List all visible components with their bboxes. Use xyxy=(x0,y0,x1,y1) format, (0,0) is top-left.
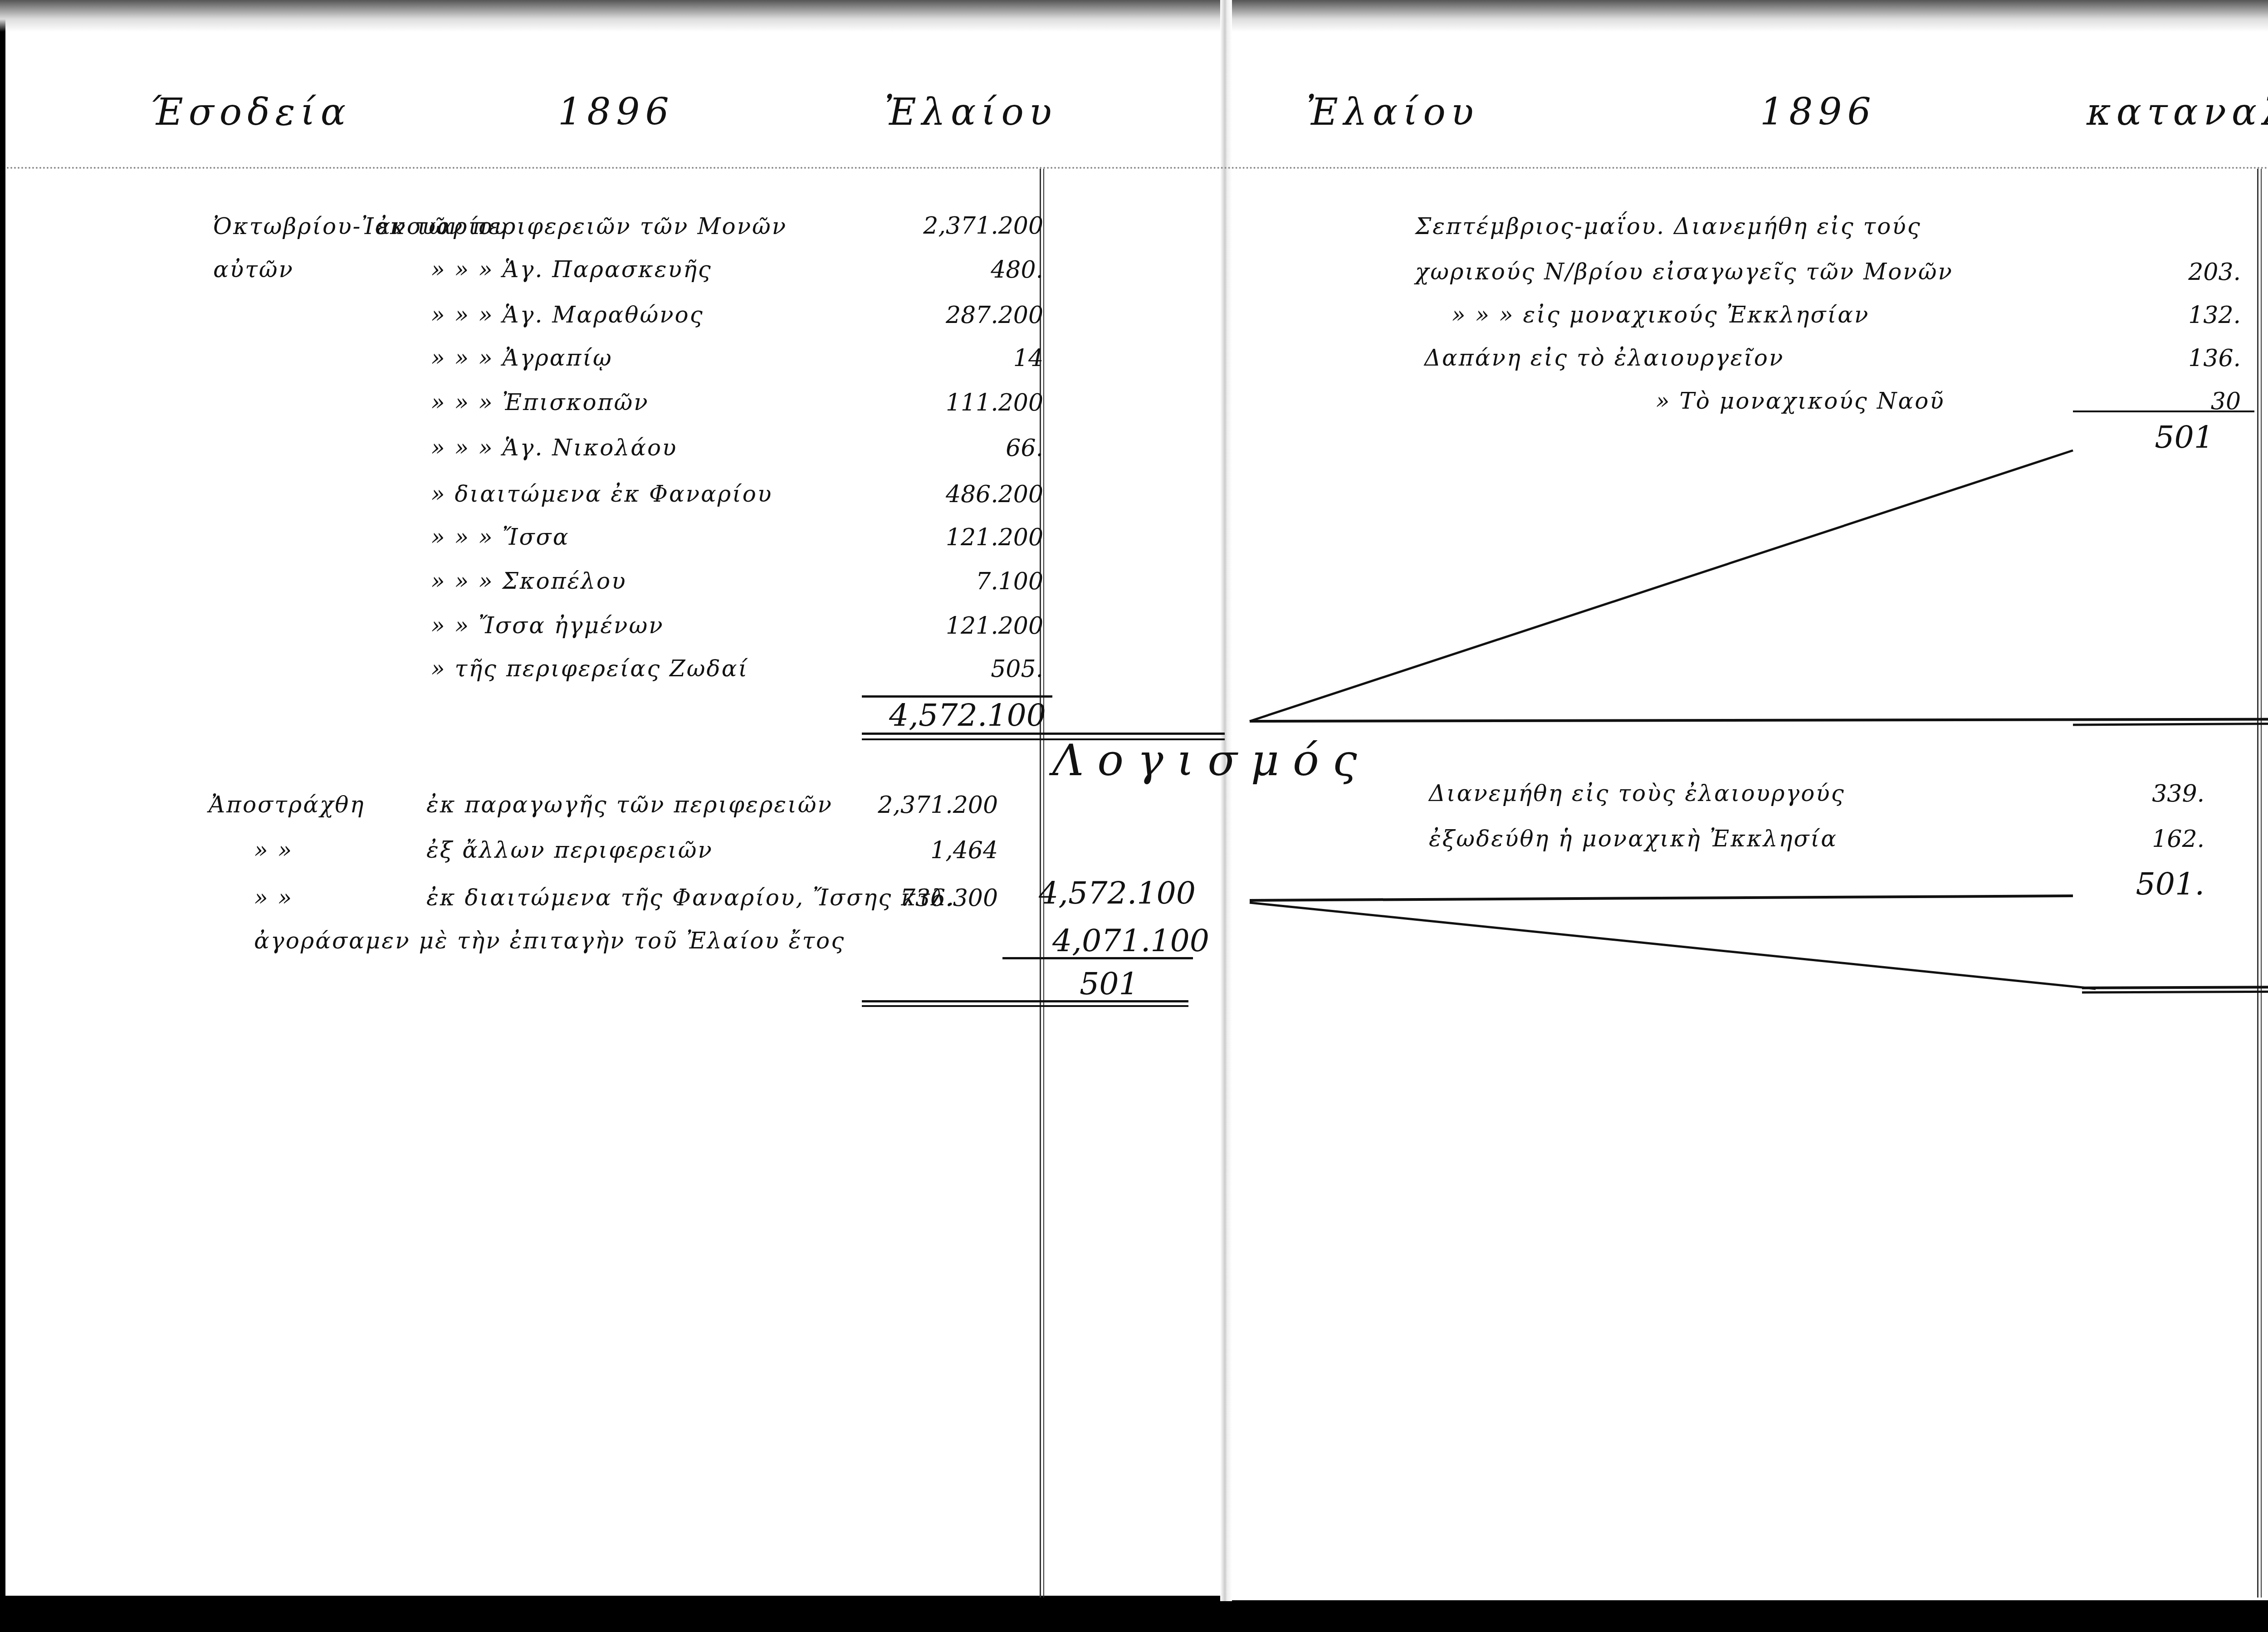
ledger-lines xyxy=(0,0,2268,1632)
scanned-ledger: 4 Έσοδεία 1896 Ἐλαίου Ἐλαίου 1896 κατανα… xyxy=(0,0,2268,1632)
